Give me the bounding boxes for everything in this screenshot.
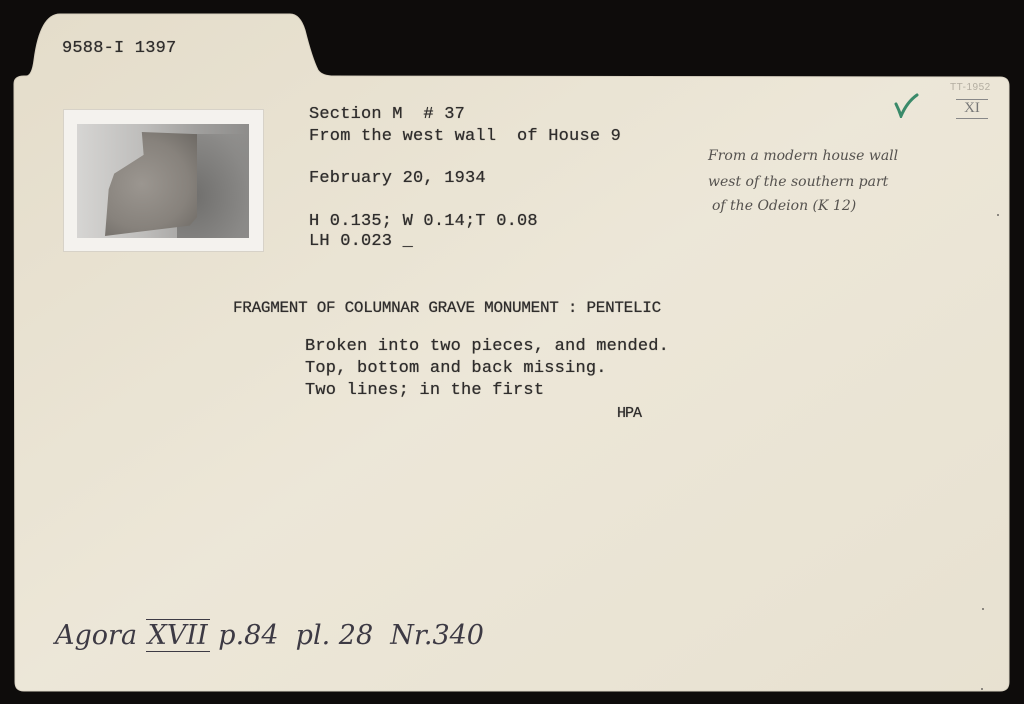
- stone-fragment-image: [105, 132, 197, 236]
- paper-speck: [981, 688, 983, 690]
- dimensions-line-2: LH 0.023 _: [309, 231, 413, 253]
- handwritten-note-line-2: west of the southern part: [708, 174, 888, 190]
- dimensions-line-1: H 0.135; W 0.14;T 0.08: [309, 211, 538, 233]
- provenance: From the west wall of House 9: [309, 126, 621, 148]
- reference-volume: XVII: [146, 619, 210, 652]
- reference-prefix: Agora: [55, 620, 137, 651]
- paper-speck: [997, 214, 999, 216]
- roman-numeral: XI: [958, 98, 986, 118]
- object-title: FRAGMENT OF COLUMNAR GRAVE MONUMENT : PE…: [233, 297, 661, 319]
- description-line-1: Broken into two pieces, and mended.: [305, 336, 669, 358]
- photo-mount: [64, 110, 263, 251]
- description-line-3: Two lines; in the first: [305, 380, 544, 402]
- publication-reference: Agora XVII p.84 pl. 28 Nr.340: [55, 620, 484, 651]
- description-line-2: Top, bottom and back missing.: [305, 358, 607, 380]
- author-initials: HPA: [617, 403, 641, 425]
- card-tab-label: 9588-I 1397: [62, 38, 176, 60]
- paper-speck: [982, 608, 984, 610]
- reference-pages: p.84 pl. 28 Nr.340: [218, 620, 484, 651]
- handwritten-note-line-1: From a modern house wall: [708, 148, 898, 164]
- faint-inventory-number: TT-1952: [950, 82, 991, 93]
- date: February 20, 1934: [309, 168, 486, 190]
- roman-numeral-mark: XI: [958, 98, 986, 120]
- artifact-photo: [77, 124, 249, 238]
- handwritten-note-line-3: of the Odeion (K 12): [712, 198, 856, 214]
- section-number: Section M # 37: [309, 104, 465, 126]
- green-check-icon: [893, 92, 919, 118]
